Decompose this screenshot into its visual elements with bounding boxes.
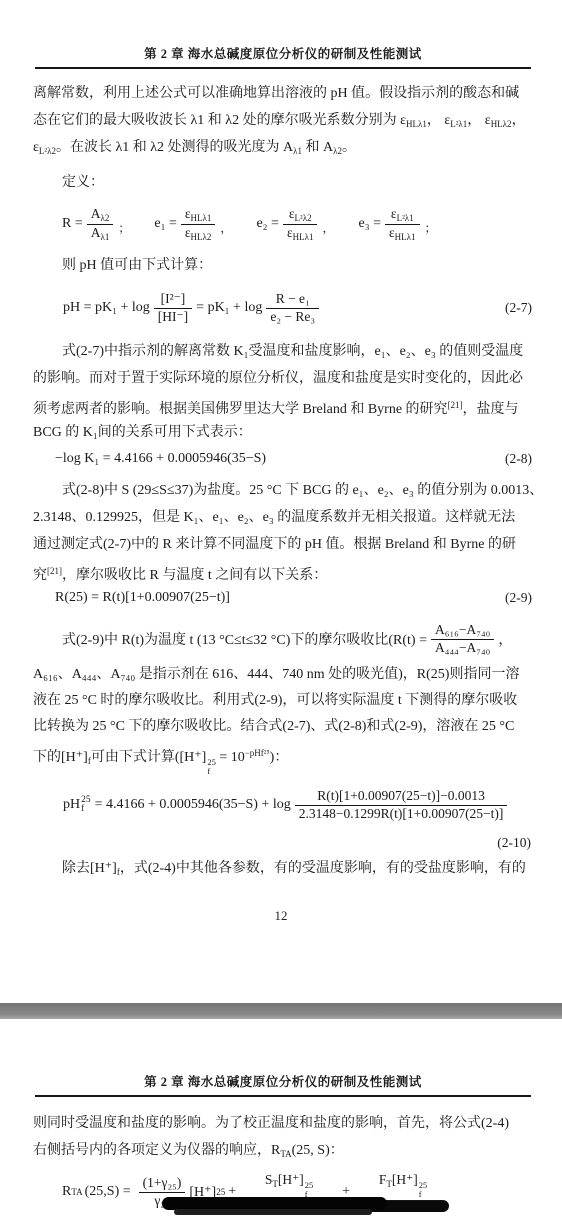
sup-sub-stack: 25f [81, 796, 91, 815]
fraction-denominator: εHLλ1 [385, 224, 420, 243]
paragraph-5: 除去[H⁺]f，式(2-4)中其他各参数，有的受温度影响，有的受盐度影响，有的 [33, 855, 533, 882]
ph-intro-line: 则 pH 值可由下式计算： [62, 254, 212, 274]
fraction-denominator: εHLλ1 [283, 224, 318, 243]
fraction-denominator: 2.3148−0.1299R(t)[1+0.00907(25−t)] [295, 805, 508, 822]
equation-number: (2-10) [497, 835, 531, 851]
subscript: λ2 [333, 146, 342, 156]
page1-header: 第 2 章 海水总碱度原位分析仪的研制及性能测试 [35, 44, 531, 69]
fraction-numerator: (1+γ₂₅) [139, 1175, 186, 1191]
page-number: 12 [0, 908, 562, 924]
fraction: Aλ2 Aλ1 [87, 206, 114, 243]
redaction-smear-fragment [174, 1209, 372, 1215]
text-run: ，摩尔吸收比 R 与温度 t 之间有以下关系： [62, 568, 327, 583]
text-run: (25, S)： [292, 1143, 344, 1158]
fraction-numerator: εHLλ1 [181, 206, 216, 224]
text-line: 液在 25 °C 时的摩尔吸收比。利用式(2-9)，可以将实际温度 t 下测得的… [33, 688, 533, 714]
text-run: 。 [342, 140, 356, 155]
subscript: λ1 [100, 232, 109, 242]
subscript: L²λ2 [295, 213, 312, 223]
fraction: A₆₁₆−A₇₄₀ A₄₄₄−A₇₄₀ [431, 622, 494, 655]
text-line: 式(2-7)中指示剂的解离常数 K₁受温度和盐度影响，e₁、e₂、e₃ 的值则受… [33, 338, 533, 365]
definition-R: R = Aλ2 Aλ1 ； [62, 206, 130, 243]
text-run: e₃ = [359, 216, 382, 232]
equation-number: (2-7) [505, 300, 532, 316]
subscript: f [81, 805, 91, 815]
chapter-title: 第 2 章 海水总碱度原位分析仪的研制及性能测试 [144, 47, 422, 61]
subscript: HLλ1 [406, 119, 427, 129]
subscript: λ2 [100, 213, 109, 223]
fraction: εHLλ1 εHLλ2 [181, 206, 216, 243]
text-run: (25,S) = [85, 1184, 131, 1200]
text-line: 式(2-8)中 S (29≤S≤37)为盐度。25 °C 下 BCG 的 e₁、… [33, 477, 533, 504]
text-line: 比转换为 25 °C 下的摩尔吸收比。结合式(2-7)、式(2-8)和式(2-9… [33, 714, 533, 740]
definition-e2: e₂ = εL²λ2 εHLλ1 ， [256, 206, 334, 243]
fraction-numerator: ST[H⁺]25f [243, 1172, 335, 1198]
text-run: 究 [33, 568, 47, 583]
text-run: 式(2-9)中 R(t)为温度 t (13 °C≤t≤32 °C)下的摩尔吸收比… [62, 629, 427, 649]
text-run: 态在它们的最大吸收波长 λ1 和 λ2 处的摩尔吸光系数分别为 ε [33, 113, 406, 128]
punctuation: ， [322, 219, 334, 236]
subscript: f [207, 767, 216, 776]
text-run: ， ε [427, 113, 450, 128]
equation-definitions: R = Aλ2 Aλ1 ； e₁ = εHLλ1 εHLλ2 ， e₂ = εL… [62, 198, 461, 250]
text-run: 须考虑两者的影响。根据美国佛罗里达大学 Breland 和 Byrne 的研究 [33, 402, 448, 417]
sup-sub-stack: 25f [305, 1181, 314, 1198]
equation-2-9: R(25) = R(t)[1+0.00907(25−t)] (2-9) [33, 586, 532, 610]
text-run: 下的[H⁺] [33, 750, 88, 765]
text-line: 右侧括号内的各项定义为仪器的响应，RTA(25, S)： [33, 1137, 533, 1164]
fraction-numerator: Aλ2 [87, 206, 114, 224]
text-line: εL²λ2。在波长 λ1 和 λ2 处测得的吸光度为 Aλ1 和 Aλ2。 [33, 134, 533, 161]
fraction-numerator: [I²⁻] [154, 291, 192, 307]
equation-2-8: −log K₁ = 4.4166 + 0.0005946(35−S) (2-8) [33, 447, 532, 471]
text-run: ， ε [467, 113, 490, 128]
equation-body: R(25) = R(t)[1+0.00907(25−t)] [33, 590, 230, 606]
text-run: ， [512, 113, 526, 128]
page2-paragraph: 则同时受温度和盐度的影响。为了校正温度和盐度的影响，首先，将公式(2-4) 右侧… [33, 1110, 533, 1164]
text-run: [H⁺] [278, 1172, 304, 1187]
text-line: 态在它们的最大吸收波长 λ1 和 λ2 处的摩尔吸光系数分别为 εHLλ1， ε… [33, 107, 533, 134]
definition-e3: e₃ = εL²λ1 εHLλ1 ； [359, 206, 437, 243]
fraction: εL²λ1 εHLλ1 [385, 206, 420, 243]
subscript: L²λ1 [397, 213, 414, 223]
text-run: 可由下式计算([H⁺] [91, 750, 207, 765]
definitions-label: 定义： [62, 171, 104, 191]
text-line: 则同时受温度和盐度的影响。为了校正温度和盐度的影响，首先，将公式(2-4) [33, 1110, 533, 1137]
chapter-title: 第 2 章 海水总碱度原位分析仪的研制及性能测试 [144, 1075, 422, 1089]
text-run: pH [63, 797, 80, 813]
sup-sub-stack: 25f [207, 758, 216, 775]
subscript: HLλ2 [491, 119, 512, 129]
text-run: 右侧括号内的各项定义为仪器的响应，R [33, 1143, 280, 1158]
text-line: 2.3148、0.129925，但是 K₁、e₁、e₂、e₃ 的温度系数并无相关… [33, 504, 533, 531]
text-run: = 10 [216, 750, 245, 765]
text-run: e₂ = [256, 216, 279, 232]
subscript: L²λ2 [39, 146, 56, 156]
equation-2-7: pH = pK₁ + log [I²⁻] [HI⁻] = pK₁ + log R… [33, 281, 532, 335]
subscript: HLλ2 [191, 232, 212, 242]
fraction-denominator: A₄₄₄−A₇₄₀ [431, 639, 494, 656]
thesis-page-view: 第 2 章 海水总碱度原位分析仪的研制及性能测试 离解常数，利用上述公式可以准确… [0, 0, 562, 1218]
text-line: 除去[H⁺]f，式(2-4)中其他各参数，有的受温度影响，有的受盐度影响，有的 [33, 855, 533, 882]
text-run: 除去[H⁺] [62, 861, 117, 876]
fraction: εL²λ2 εHLλ1 [283, 206, 318, 243]
text-line-with-fraction: 式(2-9)中 R(t)为温度 t (13 °C≤t≤32 °C)下的摩尔吸收比… [33, 616, 533, 662]
fraction-denominator: Aλ1 [87, 224, 114, 243]
text-line: 须考虑两者的影响。根据美国佛罗里达大学 Breland 和 Byrne 的研究[… [33, 392, 533, 419]
punctuation: ； [118, 219, 130, 236]
paragraph-3: 式(2-8)中 S (29≤S≤37)为盐度。25 °C 下 BCG 的 e₁、… [33, 477, 533, 585]
fraction: R − e₁ e₂ − Re₃ [266, 291, 319, 324]
subscript: f [419, 1190, 428, 1199]
text-line: BCG 的 K₁间的关系可用下式表示： [33, 419, 533, 446]
text-run: [H⁺] [392, 1172, 418, 1187]
text-run: R = [62, 216, 83, 232]
fraction-denominator: εHLλ2 [181, 224, 216, 243]
punctuation: ； [425, 219, 437, 236]
page2-header: 第 2 章 海水总碱度原位分析仪的研制及性能测试 [35, 1072, 531, 1097]
paragraph-4: 式(2-9)中 R(t)为温度 t (13 °C≤t≤32 °C)下的摩尔吸收比… [33, 616, 533, 766]
subscript: HLλ1 [395, 232, 416, 242]
equation-number: (2-8) [505, 451, 532, 467]
text-run: )： [270, 750, 289, 765]
subscript: λ1 [293, 146, 302, 156]
text-run: pH = pK₁ + log [63, 300, 150, 316]
text-run: ， [498, 629, 512, 649]
punctuation: ， [220, 219, 232, 236]
text-line: 究[21]，摩尔吸收比 R 与温度 t 之间有以下关系： [33, 558, 533, 585]
text-run: R [62, 1184, 71, 1200]
text-run: ，盐度与 [463, 402, 519, 417]
fraction: R(t)[1+0.00907(25−t)]−0.0013 2.3148−0.12… [295, 788, 508, 821]
text-line: 通过测定式(2-7)中的 R 来计算不同温度下的 pH 值。根据 Breland… [33, 531, 533, 558]
fraction-numerator: R − e₁ [266, 291, 319, 307]
text-run: e₁ = [154, 216, 177, 232]
text-run: 。在波长 λ1 和 λ2 处测得的吸光度为 A [56, 140, 293, 155]
fraction-numerator: R(t)[1+0.00907(25−t)]−0.0013 [295, 788, 508, 804]
text-line: 离解常数，利用上述公式可以准确地算出溶液的 pH 值。假设指示剂的酸态和碱 [33, 80, 533, 107]
text-run: 和 A [302, 140, 333, 155]
text-line: 的影响。而对于置于实际环境的原位分析仪，温度和盐度是实时变化的，因此必 [33, 365, 533, 392]
page-separator [0, 1003, 562, 1019]
fraction-numerator: εL²λ2 [283, 206, 318, 224]
text-run: = 4.4166 + 0.0005946(35−S) + log [95, 797, 291, 813]
text-run: = pK₁ + log [196, 300, 262, 316]
fraction-denominator: e₂ − Re₃ [266, 308, 319, 325]
definition-e1: e₁ = εHLλ1 εHLλ2 ， [154, 206, 232, 243]
citation-superscript: [21] [448, 400, 463, 410]
equation-body: −log K₁ = 4.4166 + 0.0005946(35−S) [33, 451, 266, 467]
equation-2-10: pH 25f = 4.4166 + 0.0005946(35−S) + log … [63, 779, 511, 831]
superscript: −pHf²⁵ [245, 748, 270, 758]
text-line: A₆₁₆、A₄₄₄、A₇₄₀ 是指示剂在 616、444、740 nm 处的吸光… [33, 662, 533, 688]
paragraph-continuation: 离解常数，利用上述公式可以准确地算出溶液的 pH 值。假设指示剂的酸态和碱 态在… [33, 80, 533, 161]
superscript: 25 [216, 1187, 225, 1197]
subscript: HLλ1 [293, 232, 314, 242]
sup-sub-stack: 25f [419, 1181, 428, 1198]
subscript: TA [71, 1187, 82, 1197]
fraction-numerator: FT[H⁺]25f [357, 1172, 449, 1198]
subscript: L²λ1 [450, 119, 467, 129]
fraction: [I²⁻] [HI⁻] [154, 291, 192, 324]
equation-body: pH = pK₁ + log [I²⁻] [HI⁻] = pK₁ + log R… [33, 291, 323, 324]
fraction-numerator: εL²λ1 [385, 206, 420, 224]
text-run: ，式(2-4)中其他各参数，有的受温度影响，有的受盐度影响，有的 [120, 861, 526, 876]
text-line: 下的[H⁺]f可由下式计算([H⁺]25f = 10−pHf²⁵)： [33, 740, 533, 766]
subscript: TA [280, 1149, 291, 1159]
paragraph-2: 式(2-7)中指示剂的解离常数 K₁受温度和盐度影响，e₁、e₂、e₃ 的值则受… [33, 338, 533, 446]
subscript: HLλ1 [191, 213, 212, 223]
fraction-numerator: A₆₁₆−A₇₄₀ [431, 622, 494, 638]
equation-number: (2-9) [505, 590, 532, 606]
fraction-denominator: [HI⁻] [154, 308, 192, 325]
citation-superscript: [21] [47, 566, 62, 576]
